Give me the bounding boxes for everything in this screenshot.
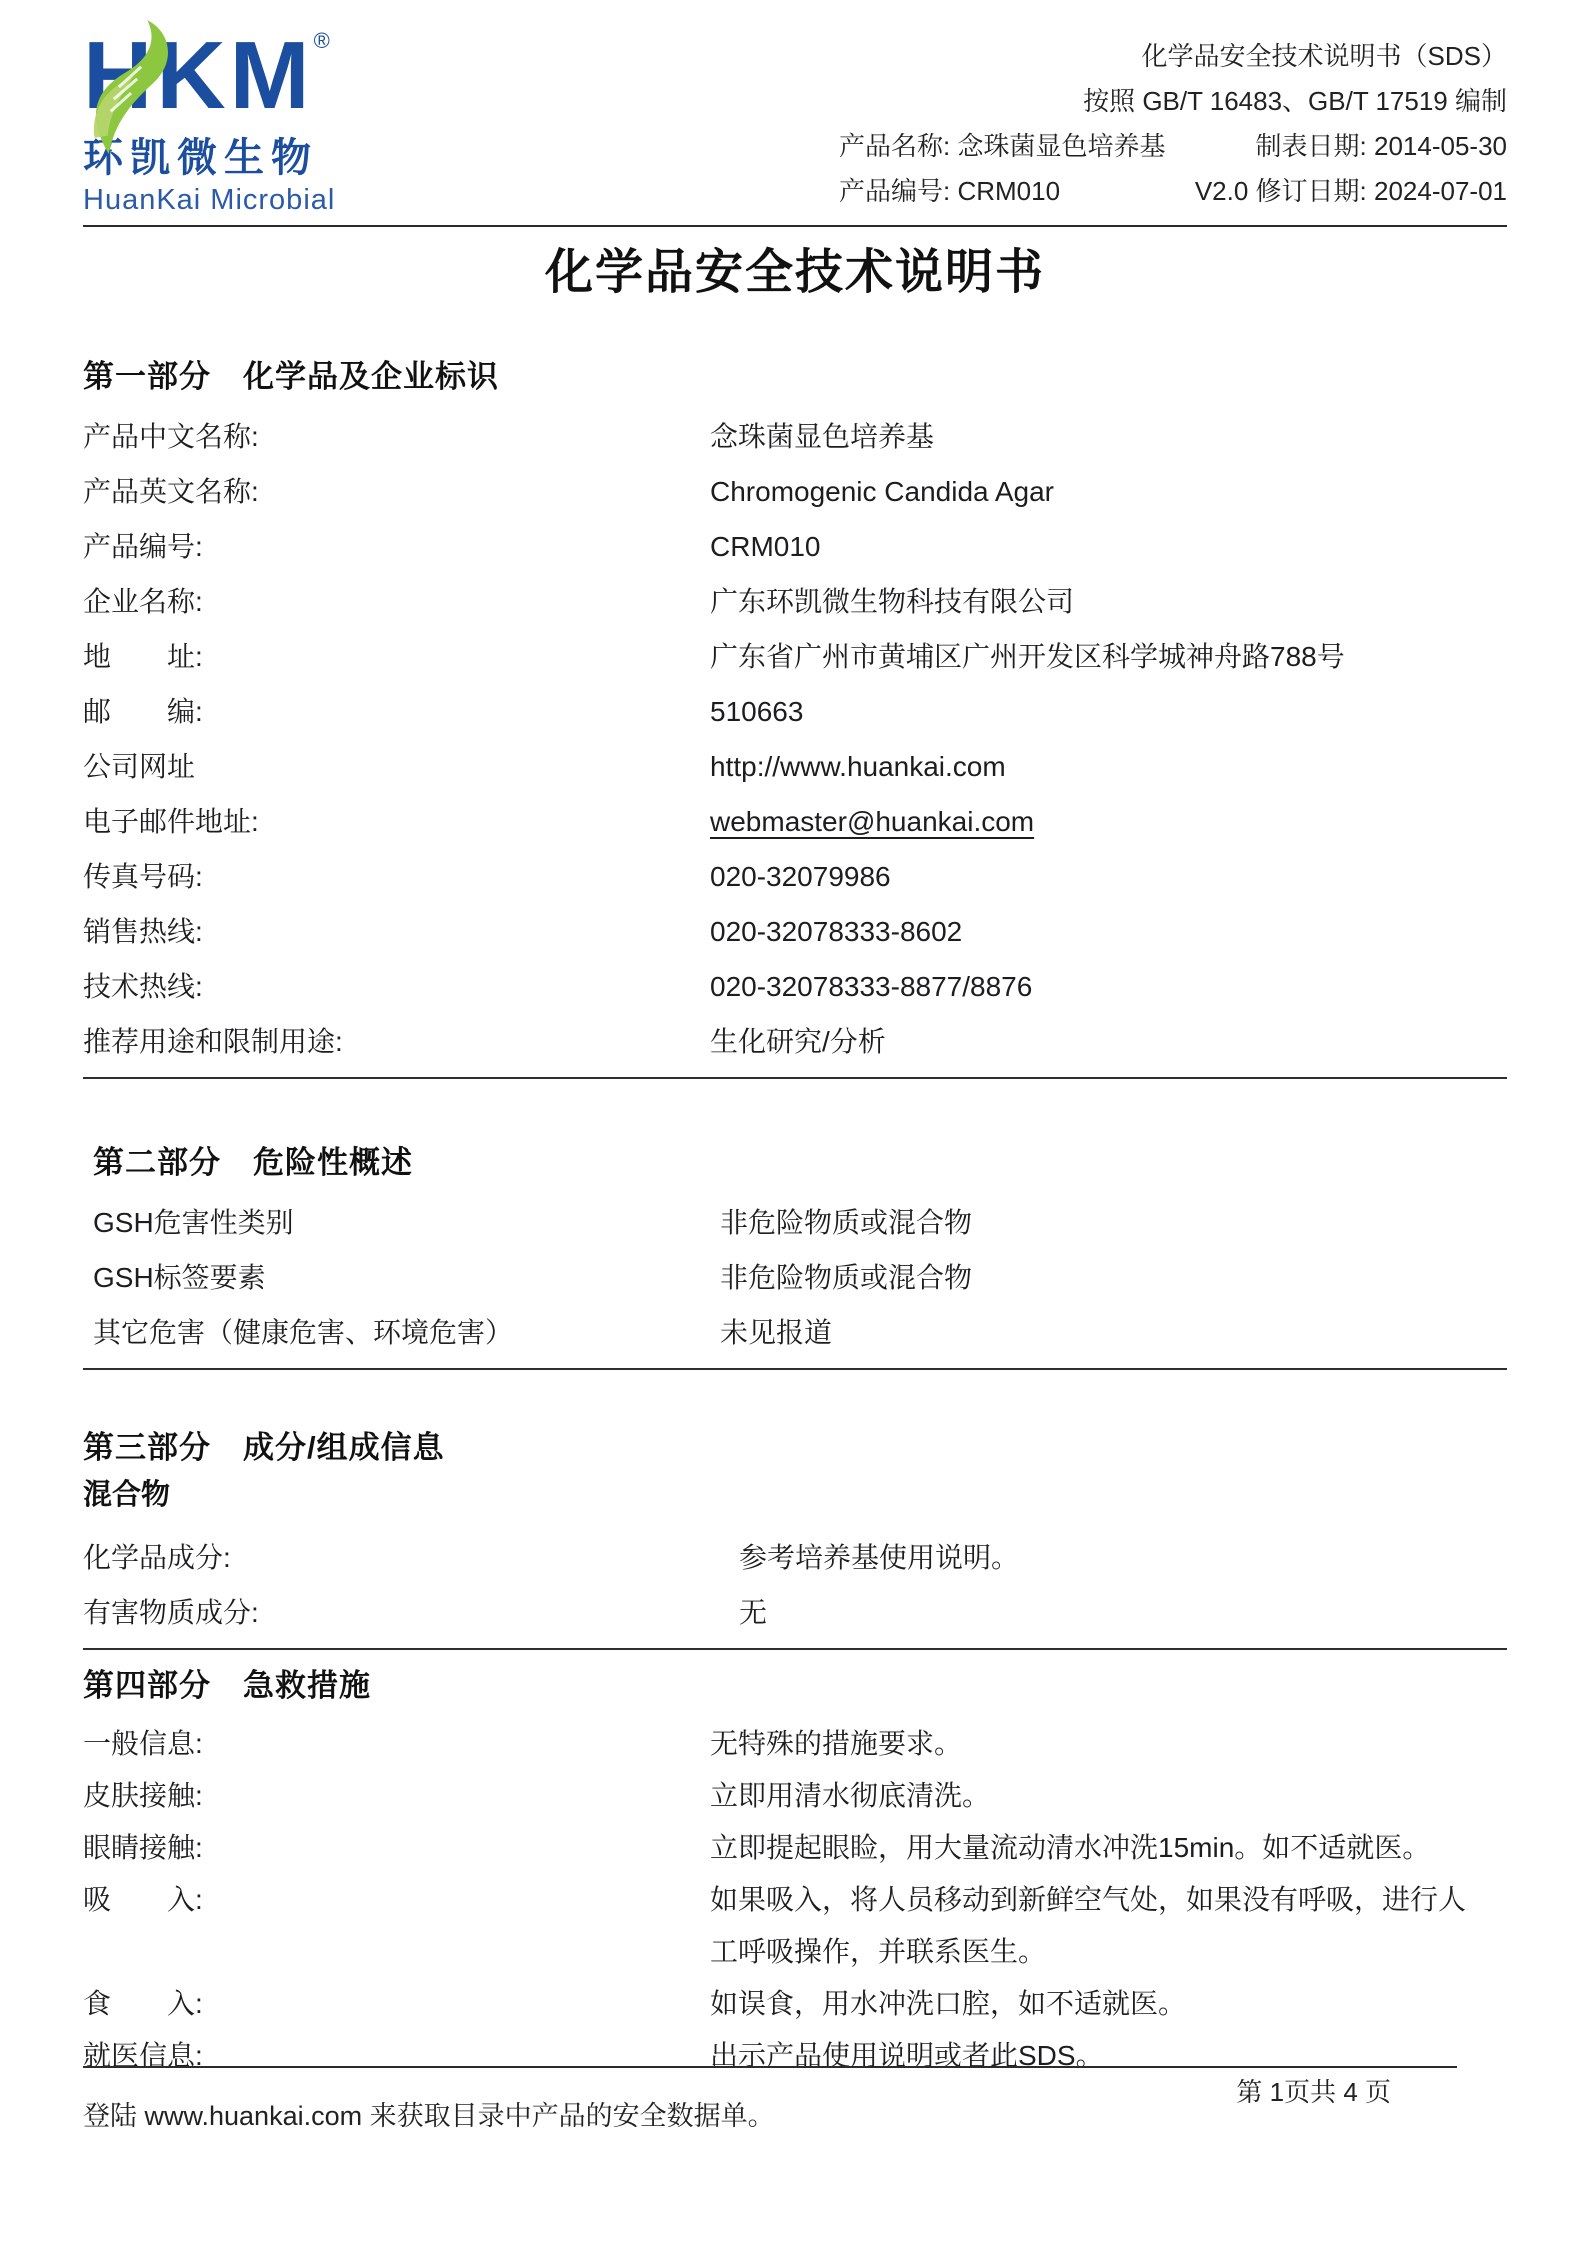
field-row: 电子邮件地址:webmaster@huankai.com bbox=[83, 794, 1507, 849]
header-doc-type: 化学品安全技术说明书（SDS） bbox=[839, 34, 1507, 79]
company-logo: HKM® 环凯微生物 HuanKai Microbial bbox=[83, 28, 413, 217]
section-2: 第二部分 危险性概述GSH危害性类别非危险物质或混合物GSH标签要素非危险物质或… bbox=[83, 1141, 1507, 1370]
field-row: GSH标签要素非危险物质或混合物 bbox=[93, 1250, 1507, 1305]
section-3: 第三部分 成分/组成信息混合物化学品成分:参考培养基使用说明。有害物质成分:无 bbox=[83, 1426, 1507, 1650]
field-value: 如果吸入，将人员移动到新鲜空气处，如果没有呼吸，进行人工呼吸操作，并联系医生。 bbox=[710, 1874, 1482, 1978]
field-label: 传真号码: bbox=[83, 849, 710, 904]
field-label: 产品英文名称: bbox=[83, 464, 710, 519]
field-row: 产品中文名称:念珠菌显色培养基 bbox=[83, 409, 1507, 464]
email-link[interactable]: webmaster@huankai.com bbox=[710, 794, 1482, 849]
header-issue-date: 制表日期: 2014-05-30 bbox=[1256, 124, 1507, 169]
section-4: 第四部分 急救措施一般信息:无特殊的措施要求。皮肤接触:立即用清水彻底清洗。眼睛… bbox=[83, 1664, 1507, 2090]
field-rows: 一般信息:无特殊的措施要求。皮肤接触:立即用清水彻底清洗。眼睛接触:立即提起眼睑… bbox=[83, 1718, 1507, 2090]
field-rows: 产品中文名称:念珠菌显色培养基产品英文名称:Chromogenic Candid… bbox=[83, 409, 1507, 1077]
field-rows: GSH危害性类别非危险物质或混合物GSH标签要素非危险物质或混合物其它危害（健康… bbox=[93, 1195, 1507, 1368]
field-label: 吸 入: bbox=[83, 1874, 710, 1926]
section-subheading: 混合物 bbox=[83, 1470, 1507, 1520]
field-value: 020-32078333-8602 bbox=[710, 904, 1482, 959]
field-value: 非危险物质或混合物 bbox=[720, 1250, 1492, 1305]
header-product-code: 产品编号: CRM010 bbox=[839, 169, 1060, 214]
field-label: 化学品成分: bbox=[83, 1530, 739, 1585]
field-value: CRM010 bbox=[710, 519, 1482, 574]
header-product-name: 产品名称: 念珠菌显色培养基 bbox=[839, 124, 1165, 169]
field-label: GSH危害性类别 bbox=[93, 1195, 720, 1250]
document-title: 化学品安全技术说明书 bbox=[83, 243, 1507, 303]
header-info-block: 化学品安全技术说明书（SDS） 按照 GB/T 16483、GB/T 17519… bbox=[839, 34, 1507, 214]
sds-document-page: HKM® 环凯微生物 HuanKai Microbial 化学品安全技术说明书（… bbox=[0, 0, 1587, 2245]
section-heading: 第一部分 化学品及企业标识 bbox=[83, 355, 1507, 399]
field-label: 电子邮件地址: bbox=[83, 794, 710, 849]
logo-wordmark: HKM® bbox=[83, 28, 334, 124]
field-row: 其它危害（健康危害、环境危害）未见报道 bbox=[93, 1305, 1507, 1360]
section-1: 第一部分 化学品及企业标识产品中文名称:念珠菌显色培养基产品英文名称:Chrom… bbox=[83, 355, 1507, 1079]
logo-text: HKM bbox=[83, 22, 314, 129]
field-label: 食 入: bbox=[83, 1978, 710, 2030]
field-value: http://www.huankai.com bbox=[710, 739, 1482, 794]
field-value: 广东省广州市黄埔区广州开发区科学城神舟路788号 bbox=[710, 629, 1482, 684]
field-label: 产品中文名称: bbox=[83, 409, 710, 464]
field-value: 立即用清水彻底清洗。 bbox=[710, 1770, 1482, 1822]
field-value: 立即提起眼睑，用大量流动清水冲洗15min。如不适就医。 bbox=[710, 1822, 1482, 1874]
field-row: 产品编号:CRM010 bbox=[83, 519, 1507, 574]
page-footer: 第 1页共 4 页 登陆 www.huankai.com 来获取目录中产品的安全… bbox=[83, 2066, 1457, 2133]
field-value: 无特殊的措施要求。 bbox=[710, 1718, 1482, 1770]
logo-english-name: HuanKai Microbial bbox=[83, 184, 413, 217]
field-value: 020-32079986 bbox=[710, 849, 1482, 904]
field-value: 510663 bbox=[710, 684, 1482, 739]
field-row: 化学品成分:参考培养基使用说明。 bbox=[83, 1530, 1507, 1585]
field-label: 销售热线: bbox=[83, 904, 710, 959]
field-label: 地 址: bbox=[83, 629, 710, 684]
document-header: HKM® 环凯微生物 HuanKai Microbial 化学品安全技术说明书（… bbox=[83, 28, 1507, 227]
field-row: 地 址:广东省广州市黄埔区广州开发区科学城神舟路788号 bbox=[83, 629, 1507, 684]
field-row: GSH危害性类别非危险物质或混合物 bbox=[93, 1195, 1507, 1250]
registered-mark: ® bbox=[314, 28, 334, 53]
field-label: 邮 编: bbox=[83, 684, 710, 739]
field-value: 生化研究/分析 bbox=[710, 1014, 1482, 1069]
page-number: 第 1页共 4 页 bbox=[1236, 2072, 1391, 2109]
field-row: 企业名称:广东环凯微生物科技有限公司 bbox=[83, 574, 1507, 629]
field-row: 公司网址http://www.huankai.com bbox=[83, 739, 1507, 794]
field-row: 有害物质成分:无 bbox=[83, 1585, 1507, 1640]
field-row: 产品英文名称:Chromogenic Candida Agar bbox=[83, 464, 1507, 519]
field-value: 020-32078333-8877/8876 bbox=[710, 959, 1482, 1014]
section-heading: 第四部分 急救措施 bbox=[83, 1664, 1507, 1708]
header-revision-date: V2.0 修订日期: 2024-07-01 bbox=[1195, 169, 1507, 214]
field-label: 一般信息: bbox=[83, 1718, 710, 1770]
field-value: 非危险物质或混合物 bbox=[720, 1195, 1492, 1250]
field-label: 有害物质成分: bbox=[83, 1585, 739, 1640]
field-row: 吸 入:如果吸入，将人员移动到新鲜空气处，如果没有呼吸，进行人工呼吸操作，并联系… bbox=[83, 1874, 1507, 1978]
sections-container: 第一部分 化学品及企业标识产品中文名称:念珠菌显色培养基产品英文名称:Chrom… bbox=[83, 355, 1507, 2090]
field-row: 皮肤接触:立即用清水彻底清洗。 bbox=[83, 1770, 1507, 1822]
field-row: 邮 编:510663 bbox=[83, 684, 1507, 739]
field-value: 无 bbox=[739, 1585, 1507, 1640]
field-value: 念珠菌显色培养基 bbox=[710, 409, 1482, 464]
field-row: 推荐用途和限制用途:生化研究/分析 bbox=[83, 1014, 1507, 1069]
field-row: 传真号码:020-32079986 bbox=[83, 849, 1507, 904]
field-row: 食 入:如误食，用水冲洗口腔，如不适就医。 bbox=[83, 1978, 1507, 2030]
field-value: 未见报道 bbox=[720, 1305, 1492, 1360]
field-label: 企业名称: bbox=[83, 574, 710, 629]
field-value: 参考培养基使用说明。 bbox=[739, 1530, 1507, 1585]
section-heading: 第三部分 成分/组成信息 bbox=[83, 1426, 1507, 1470]
field-label: GSH标签要素 bbox=[93, 1250, 720, 1305]
section-heading: 第二部分 危险性概述 bbox=[93, 1141, 1507, 1185]
field-label: 眼睛接触: bbox=[83, 1822, 710, 1874]
field-row: 眼睛接触:立即提起眼睑，用大量流动清水冲洗15min。如不适就医。 bbox=[83, 1822, 1507, 1874]
field-row: 销售热线:020-32078333-8602 bbox=[83, 904, 1507, 959]
field-value: Chromogenic Candida Agar bbox=[710, 464, 1482, 519]
field-value: 如误食，用水冲洗口腔，如不适就医。 bbox=[710, 1978, 1482, 2030]
header-standards: 按照 GB/T 16483、GB/T 17519 编制 bbox=[839, 79, 1507, 124]
field-label: 其它危害（健康危害、环境危害） bbox=[93, 1305, 720, 1360]
logo-chinese-name: 环凯微生物 bbox=[83, 126, 413, 183]
field-label: 技术热线: bbox=[83, 959, 710, 1014]
field-label: 产品编号: bbox=[83, 519, 710, 574]
field-label: 推荐用途和限制用途: bbox=[83, 1014, 710, 1069]
field-value: 广东环凯微生物科技有限公司 bbox=[710, 574, 1482, 629]
field-row: 一般信息:无特殊的措施要求。 bbox=[83, 1718, 1507, 1770]
field-rows: 化学品成分:参考培养基使用说明。有害物质成分:无 bbox=[83, 1530, 1507, 1648]
field-label: 公司网址 bbox=[83, 739, 710, 794]
field-label: 皮肤接触: bbox=[83, 1770, 710, 1822]
field-row: 技术热线:020-32078333-8877/8876 bbox=[83, 959, 1507, 1014]
